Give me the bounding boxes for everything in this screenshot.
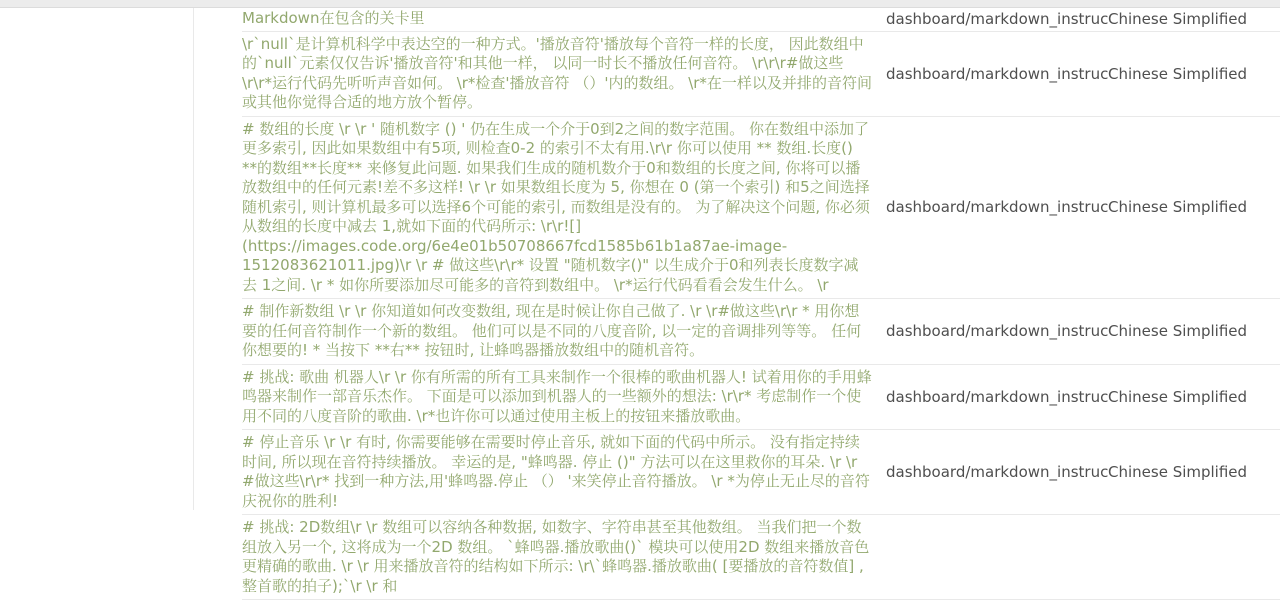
- source-text[interactable]: # 制作新数组 \r \r 你知道如何改变数组, 现在是时候让你自己做了. \r…: [242, 302, 872, 361]
- source-text[interactable]: # 停止音乐 \r \r 有时, 你需要能够在需要时停止音乐, 就如下面的代码中…: [242, 433, 872, 510]
- source-text[interactable]: \r`null`是计算机科学中表达空的一种方式。'播放音符'播放每个音符一样的长…: [242, 35, 872, 113]
- source-text[interactable]: Markdown在包含的关卡里: [242, 9, 872, 29]
- string-row[interactable]: # 挑战: 歌曲 机器人\r \r 你有所需的所有工具来制作一个很棒的歌曲机器人…: [242, 365, 1280, 431]
- file-path: dashboard/markdown_instructi…: [886, 322, 1108, 340]
- target-language: Chinese Simplified: [1108, 198, 1247, 216]
- source-text[interactable]: # 挑战: 歌曲 机器人\r \r 你有所需的所有工具来制作一个很棒的歌曲机器人…: [242, 368, 872, 427]
- source-text[interactable]: # 数组的长度 \r \r ' 随机数字 () ' 仍在生成一个介于0到2之间的…: [242, 120, 872, 296]
- file-path: dashboard/markdown_instructi…: [886, 388, 1108, 406]
- target-language: Chinese Simplified: [1108, 10, 1247, 28]
- string-row[interactable]: # 停止音乐 \r \r 有时, 你需要能够在需要时停止音乐, 就如下面的代码中…: [242, 430, 1280, 510]
- file-path: dashboard/markdown_instructi…: [886, 463, 1108, 481]
- target-language: Chinese Simplified: [1108, 463, 1247, 481]
- file-path: dashboard/markdown_instructi…: [886, 65, 1108, 83]
- top-bar: [0, 0, 1280, 8]
- strings-table: Markdown在包含的关卡里 dashboard/markdown_instr…: [194, 8, 1280, 510]
- string-row[interactable]: # 数组的长度 \r \r ' 随机数字 () ' 仍在生成一个介于0到2之间的…: [242, 117, 1280, 300]
- target-language: Chinese Simplified: [1108, 388, 1247, 406]
- target-language: Chinese Simplified: [1108, 322, 1247, 340]
- target-language: Chinese Simplified: [1108, 65, 1247, 83]
- string-row[interactable]: # 制作新数组 \r \r 你知道如何改变数组, 现在是时候让你自己做了. \r…: [242, 299, 1280, 365]
- file-path: dashboard/markdown_instructi…: [886, 10, 1108, 28]
- string-row[interactable]: Markdown在包含的关卡里 dashboard/markdown_instr…: [242, 8, 1280, 32]
- string-row[interactable]: \r`null`是计算机科学中表达空的一种方式。'播放音符'播放每个音符一样的长…: [242, 32, 1280, 117]
- left-panel: [0, 8, 194, 510]
- file-path: dashboard/markdown_instructi…: [886, 198, 1108, 216]
